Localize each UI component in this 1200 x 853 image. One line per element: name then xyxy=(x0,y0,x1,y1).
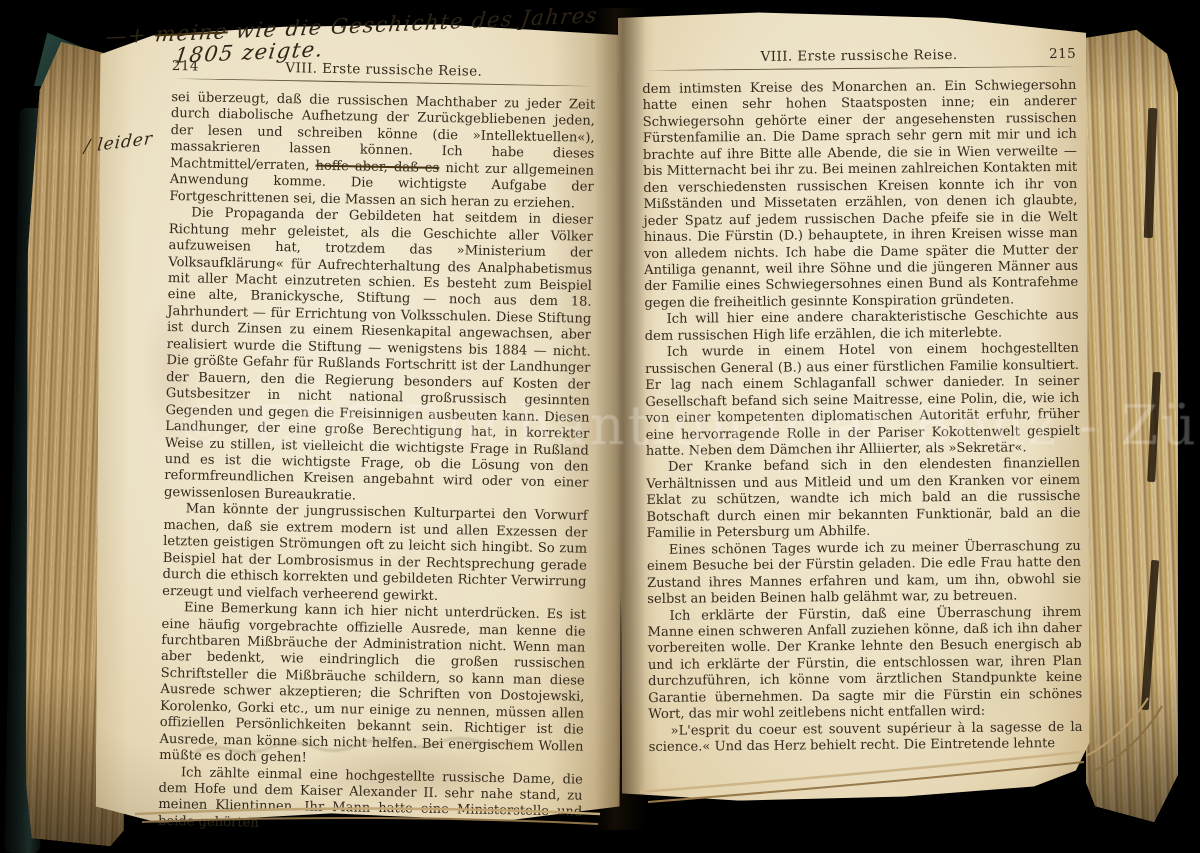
paragraph: sei überzeugt, daß die russischen Machth… xyxy=(169,90,595,213)
body-text: erraten, xyxy=(256,157,316,173)
paragraph: Die Propaganda der Gebildeten hat seitde… xyxy=(164,205,593,509)
paragraph: Ich erklärte der Fürstin, daß eine Überr… xyxy=(647,604,1082,723)
handwriting-mark: —+ xyxy=(104,23,149,49)
body-text: Man könnte der jungrussischen Kulturpart… xyxy=(162,502,588,604)
right-page-text-column: VIII. Erste russische Reise. 215 dem int… xyxy=(642,46,1083,757)
paragraph: Man könnte der jungrussischen Kulturpart… xyxy=(162,501,588,607)
body-text: dem intimsten Kreise des Monarchen an. E… xyxy=(642,78,1078,311)
book-photo: 214 VIII. Erste russische Reise. sei übe… xyxy=(0,0,1200,853)
right-page-edge-stack xyxy=(1086,30,1178,822)
paragraph: Ich will hier eine andere charakteristis… xyxy=(645,308,1079,345)
body-text: Ich zählte einmal eine hochgestellte rus… xyxy=(158,765,583,831)
body-text: Die Propaganda der Gebildeten hat seitde… xyxy=(164,206,593,504)
header-spacer xyxy=(536,77,596,78)
paragraph: Ich zählte einmal eine hochgestellte rus… xyxy=(158,764,583,838)
paragraph: »L'esprit du coeur est souvent supérieur… xyxy=(648,719,1082,756)
body-text: Eines schönen Tages wurde ich zu meiner … xyxy=(647,538,1081,607)
body-text: Der Kranke befand sich in den elendesten… xyxy=(646,456,1080,541)
right-page-number: 215 xyxy=(1016,46,1076,63)
left-page-body-text: sei überzeugt, daß die russischen Machth… xyxy=(158,90,595,838)
paragraph: Der Kranke befand sich in den elendesten… xyxy=(646,456,1081,542)
paragraph: Ich wurde in einem Hotel von einem hochg… xyxy=(645,341,1080,460)
left-page-text-column: 214 VIII. Erste russische Reise. sei übe… xyxy=(158,58,596,838)
body-text: Ich erklärte der Fürstin, daß eine Überr… xyxy=(648,604,1083,722)
margin-check-mark: ∕ xyxy=(83,136,91,157)
paragraph: dem intimsten Kreise des Monarchen an. E… xyxy=(642,78,1078,312)
header-rule xyxy=(642,66,1076,71)
body-text: Eine Bemerkung kann ich hier nicht unter… xyxy=(159,600,586,765)
body-text: Ich will hier eine andere charakteristis… xyxy=(645,308,1079,344)
paragraph: Eine Bemerkung kann ich hier nicht unter… xyxy=(159,600,586,772)
header-spacer xyxy=(642,61,702,62)
paragraph: Eines schönen Tages wurde ich zu meiner … xyxy=(647,538,1082,608)
right-running-header: VIII. Erste russische Reise. 215 xyxy=(642,46,1076,66)
body-text: »L'esprit du coeur est souvent supérieur… xyxy=(649,719,1083,755)
body-text: Ich wurde in einem Hotel von einem hochg… xyxy=(645,341,1080,459)
right-page-body-text: dem intimsten Kreise des Monarchen an. E… xyxy=(642,78,1082,757)
right-running-head-title: VIII. Erste russische Reise. xyxy=(702,46,1016,65)
struck-text: hoffe aber, daß es xyxy=(315,158,439,175)
